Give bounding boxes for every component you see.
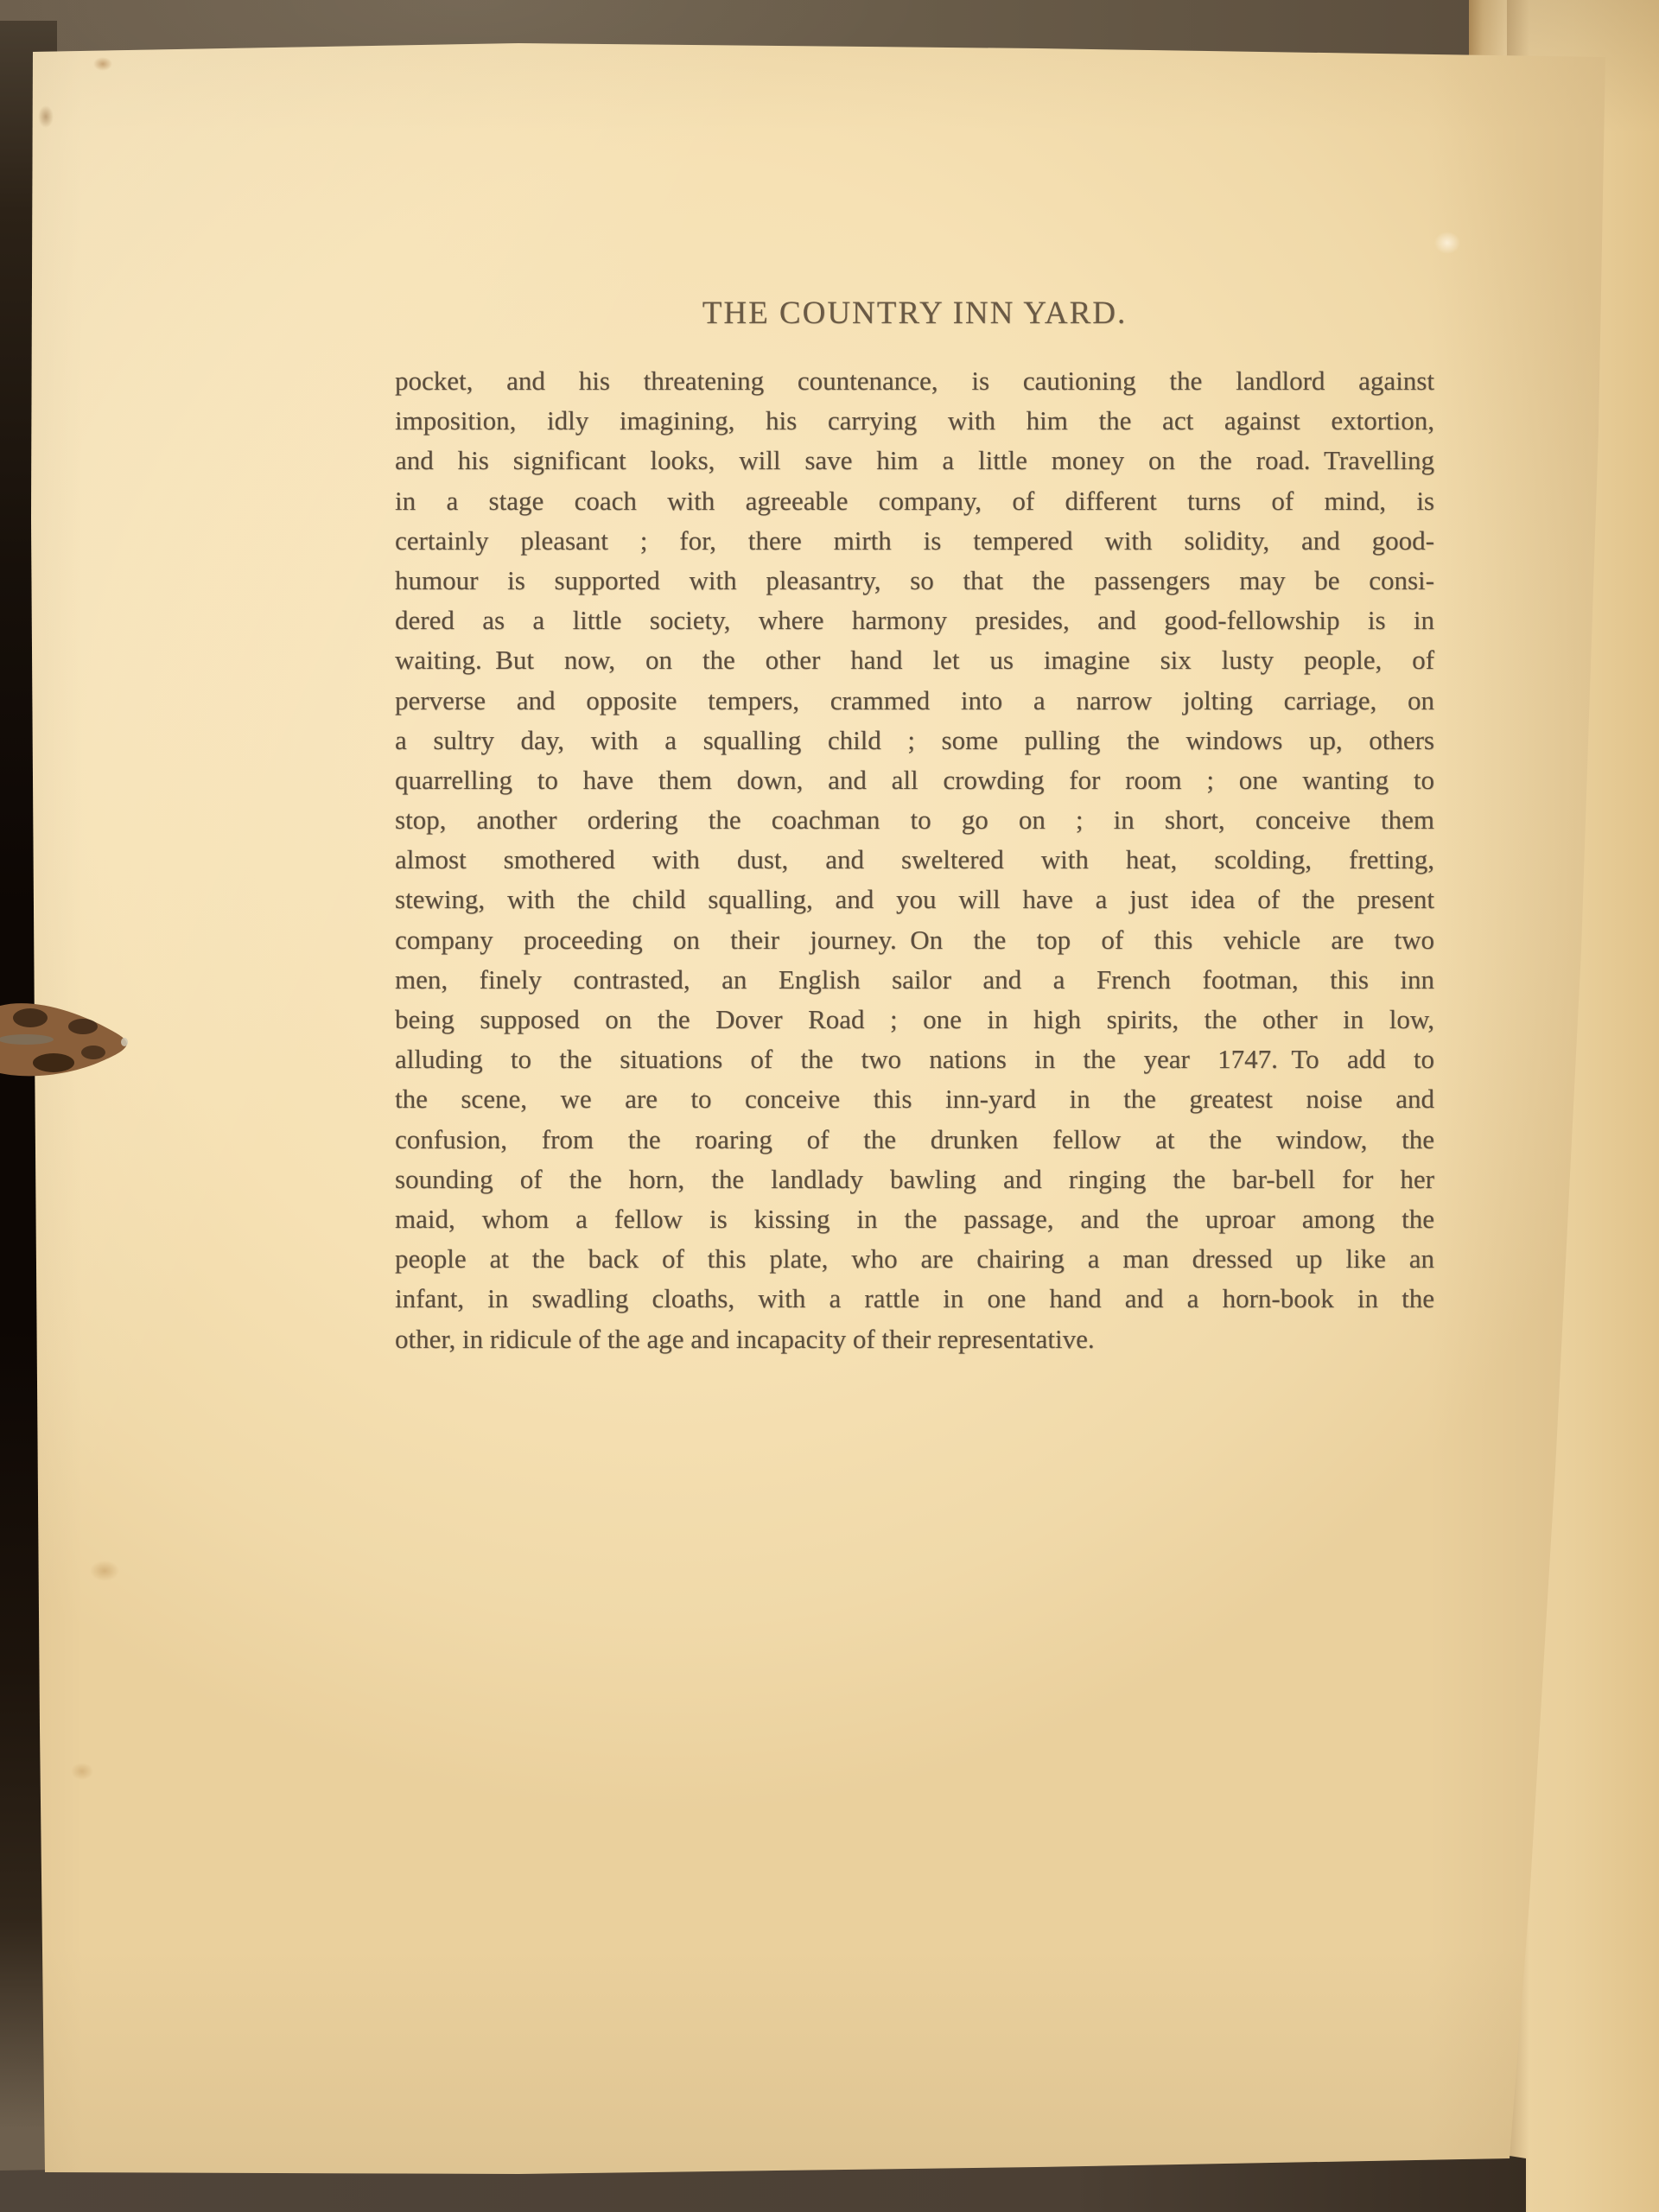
- foxing-stain: [71, 1763, 93, 1780]
- text-line: quarrelling to have them down, and all c…: [395, 760, 1434, 800]
- text-line: other, in ridicule of the age and incapa…: [395, 1319, 1434, 1359]
- book-photograph: THE COUNTRY INN YARD. pocket, and his th…: [0, 0, 1659, 2212]
- text-line: maid, whom a fellow is kissing in the pa…: [395, 1199, 1434, 1239]
- text-line: the scene, we are to conceive this inn-y…: [395, 1079, 1434, 1119]
- foxing-stain: [93, 57, 112, 71]
- foxing-stain: [90, 1560, 119, 1581]
- body-text: pocket, and his threatening countenance,…: [395, 361, 1434, 1359]
- leather-clasp-icon: [0, 990, 133, 1120]
- text-line: alluding to the situations of the two na…: [395, 1039, 1434, 1079]
- text-line: dered as a little society, where harmony…: [395, 601, 1434, 640]
- text-line: almost smothered with dust, and sweltere…: [395, 840, 1434, 880]
- text-line: company proceeding on their journey. On …: [395, 920, 1434, 960]
- text-line: being supposed on the Dover Road ; one i…: [395, 1000, 1434, 1039]
- text-line: people at the back of this plate, who ar…: [395, 1239, 1434, 1279]
- text-line: humour is supported with pleasantry, so …: [395, 561, 1434, 601]
- text-line: and his significant looks, will save him…: [395, 441, 1434, 480]
- foxing-stain: [38, 105, 54, 128]
- text-line: pocket, and his threatening countenance,…: [395, 361, 1434, 401]
- text-line: perverse and opposite tempers, crammed i…: [395, 681, 1434, 721]
- text-line: imposition, idly imagining, his carrying…: [395, 401, 1434, 441]
- text-line: stewing, with the child squalling, and y…: [395, 880, 1434, 919]
- text-line: confusion, from the roaring of the drunk…: [395, 1120, 1434, 1160]
- text-line: infant, in swadling cloaths, with a ratt…: [395, 1279, 1434, 1319]
- text-line: waiting. But now, on the other hand let …: [395, 640, 1434, 680]
- text-line: sounding of the horn, the landlady bawli…: [395, 1160, 1434, 1199]
- text-line: a sultry day, with a squalling child ; s…: [395, 721, 1434, 760]
- book-page: THE COUNTRY INN YARD. pocket, and his th…: [0, 0, 1659, 2212]
- paper-blemish: [1434, 232, 1460, 254]
- text-line: men, finely contrasted, an English sailo…: [395, 960, 1434, 1000]
- text-line: stop, another ordering the coachman to g…: [395, 800, 1434, 840]
- page-title: THE COUNTRY INN YARD.: [395, 297, 1434, 329]
- text-line: in a stage coach with agreeable company,…: [395, 481, 1434, 521]
- text-line: certainly pleasant ; for, there mirth is…: [395, 521, 1434, 561]
